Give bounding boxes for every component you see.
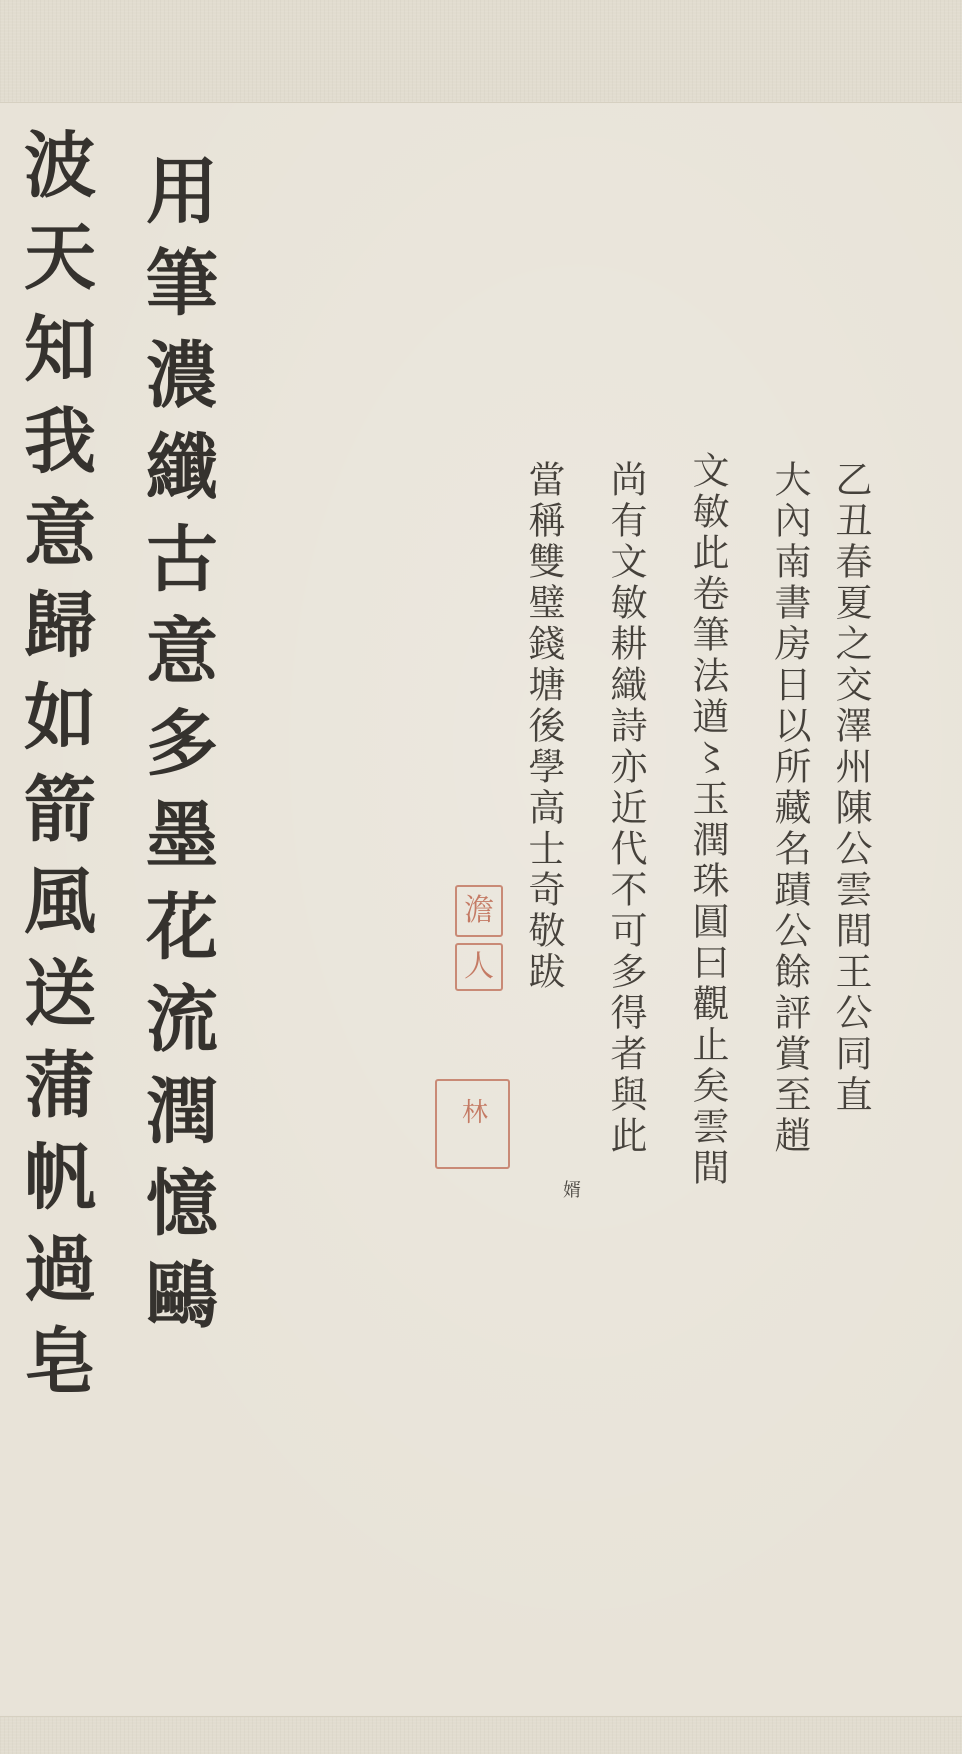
- colophon-column-4: 尚有文敏耕織詩亦近代不可多得者與此: [598, 460, 652, 1157]
- seal-middle: 人: [455, 943, 503, 991]
- main-text-column-2: 波天知我意歸如箭風送蒲帆過皂: [2, 127, 106, 1415]
- seal-upper-text: 澹: [464, 896, 494, 926]
- paper-panel: 用筆濃纖古意多墨花流潤憶鷗 波天知我意歸如箭風送蒲帆過皂 乙丑春夏之交澤州陳公雲…: [0, 103, 962, 1715]
- silk-mounting-bottom: [0, 1716, 962, 1754]
- colophon-column-5: 當稱雙璧錢塘後學高士奇敬跋: [516, 460, 570, 993]
- seal-lower-text: 林𡨦: [460, 1098, 486, 1150]
- silk-mounting-top: [0, 0, 962, 103]
- colophon-column-3: 文敏此卷筆法遒〻玉潤珠圓曰觀止矣雲間: [680, 451, 734, 1189]
- main-text-column-1: 用筆濃纖古意多墨花流潤憶鷗: [124, 153, 228, 1349]
- colophon-note: 婿: [557, 1180, 583, 1198]
- seal-middle-text: 人: [464, 952, 494, 982]
- seal-upper: 澹: [455, 885, 503, 937]
- colophon-column-1: 乙丑春夏之交澤州陳公雲間王公同直: [823, 460, 877, 1116]
- seal-lower: 林𡨦: [435, 1079, 510, 1169]
- handscroll: 用筆濃纖古意多墨花流潤憶鷗 波天知我意歸如箭風送蒲帆過皂 乙丑春夏之交澤州陳公雲…: [0, 0, 962, 1754]
- colophon-column-2: 大內南書房日以所藏名蹟公餘評賞至趙: [762, 460, 816, 1157]
